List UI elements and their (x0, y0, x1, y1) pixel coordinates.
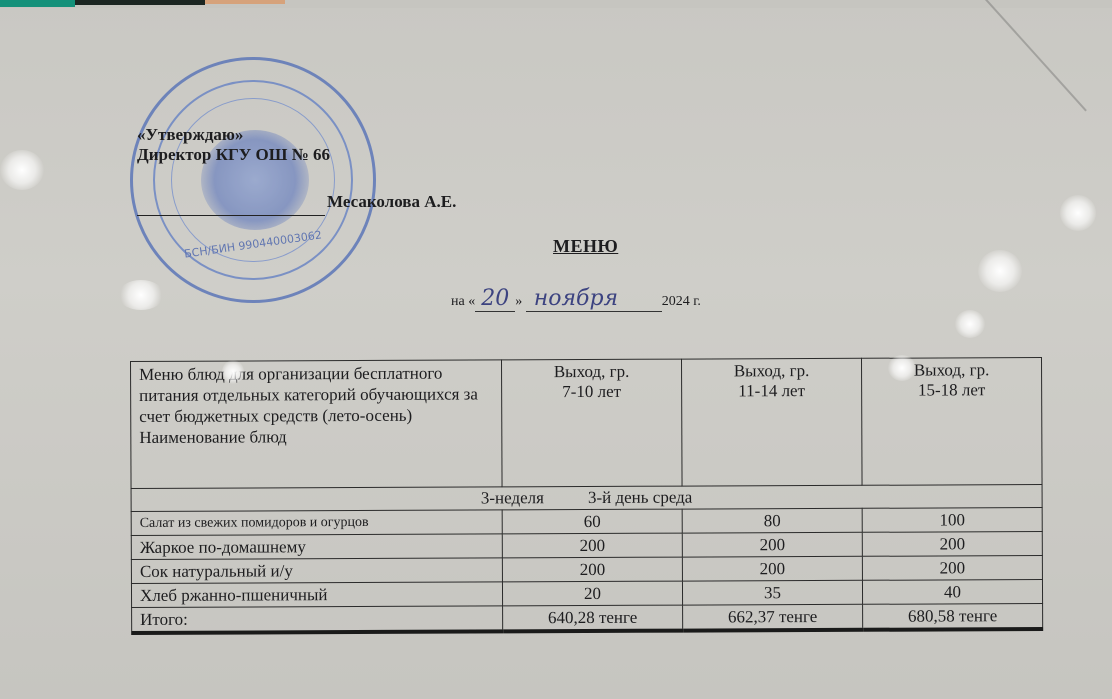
total-15-18: 680,58 тенге (863, 604, 1043, 630)
portion-7-10: 200 (502, 557, 682, 582)
glass-edge-line (985, 0, 1087, 111)
date-month: ноября (526, 286, 662, 312)
menu-date: на «20» ноября2024 г. (451, 286, 701, 312)
header-age: 11-14 лет (690, 381, 853, 402)
portion-15-18: 100 (862, 508, 1042, 533)
approval-heading: «Утверждаю» (137, 125, 330, 145)
light-reflection (1060, 195, 1096, 231)
portion-11-14: 35 (682, 580, 862, 605)
light-reflection (118, 280, 164, 310)
light-reflection (222, 360, 244, 384)
portion-11-14: 200 (682, 556, 862, 581)
menu-table: Меню блюд для организации бесплатного пи… (130, 357, 1043, 635)
portion-11-14: 200 (682, 532, 862, 557)
dark-edge (75, 0, 205, 5)
week-label: 3-неделя (481, 488, 544, 507)
light-reflection (888, 355, 916, 381)
date-quote-close: » (515, 294, 522, 309)
light-reflection (978, 250, 1022, 292)
orange-edge (205, 0, 285, 4)
total-11-14: 662,37 тенге (683, 604, 863, 630)
header-age-15-18: Выход, гр.15-18 лет (861, 358, 1042, 486)
portion-7-10: 200 (502, 533, 682, 558)
green-edge (0, 0, 75, 7)
header-dish-name: Меню блюд для организации бесплатного пи… (131, 360, 503, 489)
total-row: Итого: 640,28 тенге 662,37 тенге 680,58 … (132, 604, 1043, 633)
portion-11-14: 80 (682, 508, 862, 533)
dish-name: Сок натуральный и/у (131, 558, 502, 584)
dish-name: Жаркое по-домашнему (131, 534, 502, 560)
header-label: Выход, гр. (690, 361, 853, 382)
approval-block: «Утверждаю» Директор КГУ ОШ № 66 (137, 125, 330, 165)
date-prefix: на « (451, 294, 475, 309)
light-reflection (0, 150, 44, 190)
dish-name: Салат из свежих помидоров и огурцов (131, 510, 502, 536)
header-age: 15-18 лет (870, 380, 1033, 401)
page-title: МЕНЮ (553, 236, 618, 257)
dish-name: Хлеб ржанно-пшеничный (131, 582, 502, 608)
director-title: Директор КГУ ОШ № 66 (137, 145, 330, 165)
portion-7-10: 60 (502, 509, 682, 534)
portion-15-18: 200 (862, 556, 1042, 581)
date-day: 20 (475, 286, 515, 312)
day-label: 3-й день среда (588, 488, 692, 507)
header-age-7-10: Выход, гр.7-10 лет (501, 359, 682, 487)
official-stamp: БСН/БИН 990440003062 (130, 57, 376, 303)
portion-7-10: 20 (502, 581, 682, 606)
director-name: Месаколова А.Е. (327, 192, 456, 212)
signature-line (137, 215, 325, 216)
date-year: 2024 г. (662, 294, 701, 309)
header-label: Выход, гр. (510, 362, 673, 383)
portion-15-18: 200 (862, 532, 1042, 557)
portion-15-18: 40 (862, 580, 1042, 605)
background-strip (0, 0, 1112, 8)
header-age-11-14: Выход, гр.11-14 лет (681, 358, 862, 486)
total-label: Итого: (132, 606, 503, 633)
light-reflection (955, 310, 985, 338)
header-age: 7-10 лет (510, 382, 673, 403)
total-7-10: 640,28 тенге (503, 605, 683, 631)
